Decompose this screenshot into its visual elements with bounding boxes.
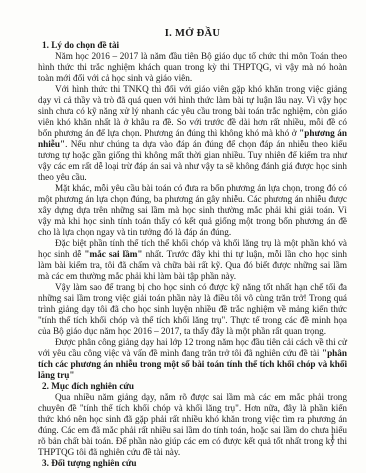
- paragraph-intro: Năm học 2016 – 2017 là năm đầu tiên Bộ g…: [38, 51, 347, 84]
- paragraph-duoc-phan-cong: Được phân công giảng dạy hai lớp 12 tron…: [38, 337, 347, 381]
- paragraph-van-lam-sao: Vậy làm sao để trang bị cho học sinh có …: [38, 282, 347, 337]
- document-page: I. MỞ ĐẦU 1. Lý do chọn đề tài Năm học 2…: [0, 0, 366, 473]
- section-1-heading: 1. Lý do chọn đề tài: [38, 40, 347, 51]
- paragraph-text: . Nếu như chúng ta dựa vào đáp án đúng đ…: [38, 139, 347, 182]
- paragraph-text: Được phân công giảng dạy hai lớp 12 tron…: [38, 337, 347, 358]
- paragraph-qua-nhieu-nam: Qua nhiều năm giảng dạy, nắm rõ được sai…: [38, 392, 347, 458]
- paragraph-mat-khac: Mặt khác, mỗi yêu cầu bài toán có đưa ra…: [38, 183, 347, 238]
- page-number: 1: [330, 432, 335, 443]
- bold-quote-mac-sai-lam: "mắc sai lầm": [84, 249, 142, 259]
- section-2-heading: 2. Mục đích nghiên cứu: [38, 381, 347, 392]
- page-title: I. MỞ ĐẦU: [38, 28, 347, 39]
- section-3-heading: 3. Đối tượng nghiên cứu: [38, 458, 347, 469]
- paragraph-tnkq: Với hình thức thi TNKQ thì đối với giáo …: [38, 84, 347, 183]
- paragraph-dac-biet: Đặc biệt phần tính thể tích thể khối chó…: [38, 238, 347, 282]
